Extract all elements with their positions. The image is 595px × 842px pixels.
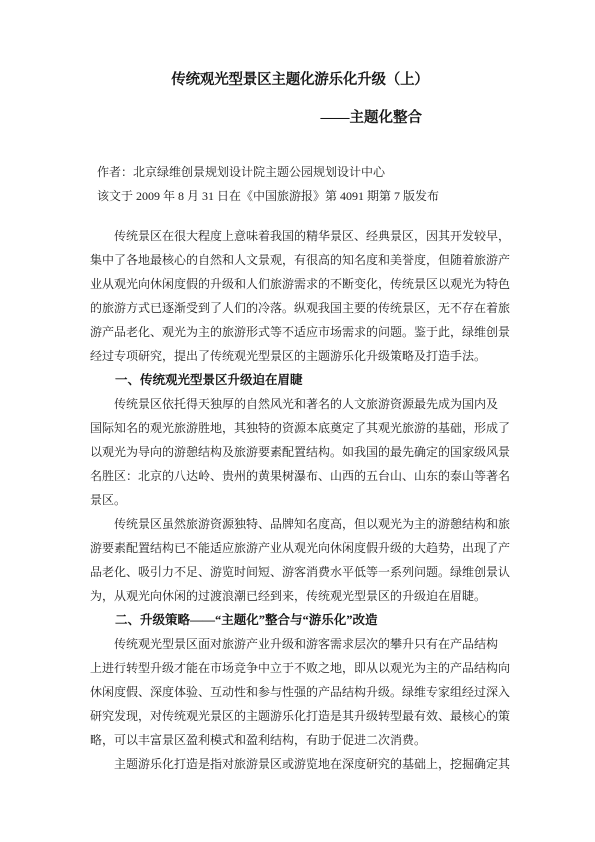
- section-1-paragraph-2: 传统景区虽然旅游资源独特、品牌知名度高，但以观光为主的游憩结构和旅 游要素配置结…: [90, 512, 510, 608]
- page-title: 传统观光型景区主题化游乐化升级（上）: [90, 67, 510, 93]
- section-2-paragraph-1: 传统观光型景区面对旅游产业升级和游客需求层次的攀升只有在产品结构 上进行转型升级…: [90, 632, 510, 752]
- page-content: 传统观光型景区主题化游乐化升级（上） ——主题化整合 作者：北京绿维创景规划设计…: [0, 0, 595, 776]
- section-1-heading: 一、传统观光型景区升级迫在眉睫: [90, 368, 510, 392]
- document-page: 传统观光型景区主题化游乐化升级（上） ——主题化整合 作者：北京绿维创景规划设计…: [0, 0, 595, 842]
- section-1-paragraph-1: 传统景区依托得天独厚的自然风光和著名的人文旅游资源最先成为国内及 国际知名的观光…: [90, 392, 510, 512]
- section-2-paragraph-2: 主题游乐化打造是指对旅游景区或游览地在深度研究的基础上，挖掘确定其: [90, 752, 510, 776]
- publication-note: 该文于 2009 年 8 月 31 日在《中国旅游报》第 4091 期第 7 版…: [90, 184, 510, 208]
- byline: 作者：北京绿维创景规划设计院主题公园规划设计中心: [90, 160, 510, 184]
- intro-paragraph: 传统景区在很大程度上意味着我国的精华景区、经典景区，因其开发较早， 集中了各地最…: [90, 224, 510, 368]
- page-subtitle: ——主题化整合: [90, 105, 510, 131]
- section-2-heading: 二、升级策略——“主题化”整合与“游乐化”改造: [90, 608, 510, 632]
